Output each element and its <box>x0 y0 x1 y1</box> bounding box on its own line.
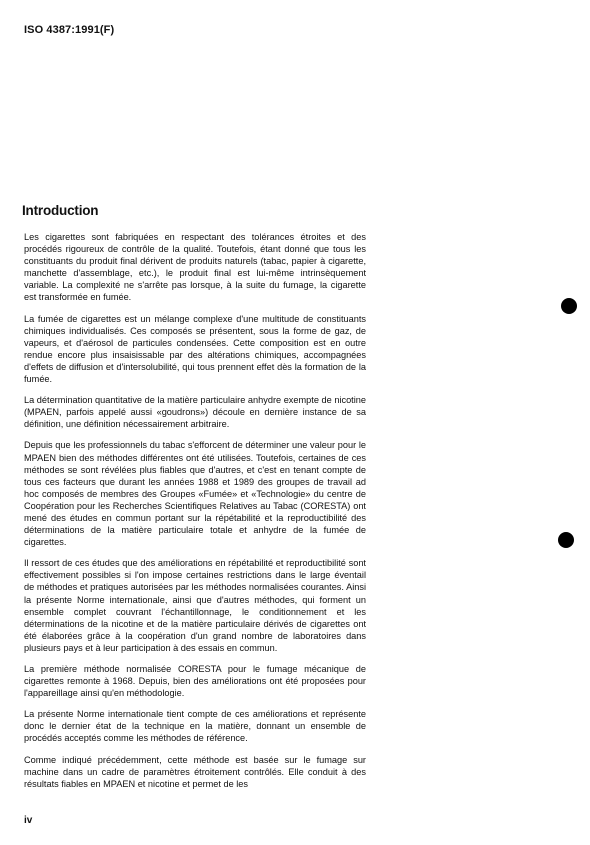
page-number: iv <box>24 815 32 826</box>
paragraph: La détermination quantitative de la mati… <box>24 394 366 430</box>
document-id: ISO 4387:1991(F) <box>24 24 114 36</box>
paragraph: La fumée de cigarettes est un mélange co… <box>24 313 366 386</box>
section-body: Les cigarettes sont fabriquées en respec… <box>24 231 366 799</box>
section-title: Introduction <box>22 203 98 218</box>
paragraph: Les cigarettes sont fabriquées en respec… <box>24 231 366 304</box>
paragraph: Il ressort de ces études que des amélior… <box>24 557 366 654</box>
paragraph: La présente Norme internationale tient c… <box>24 708 366 744</box>
paragraph: Comme indiqué précédemment, cette méthod… <box>24 754 366 790</box>
punch-hole-mark-icon <box>558 532 574 548</box>
paragraph: La première méthode normalisée CORESTA p… <box>24 663 366 699</box>
punch-hole-mark-icon <box>561 298 577 314</box>
paragraph: Depuis que les professionnels du tabac s… <box>24 439 366 548</box>
